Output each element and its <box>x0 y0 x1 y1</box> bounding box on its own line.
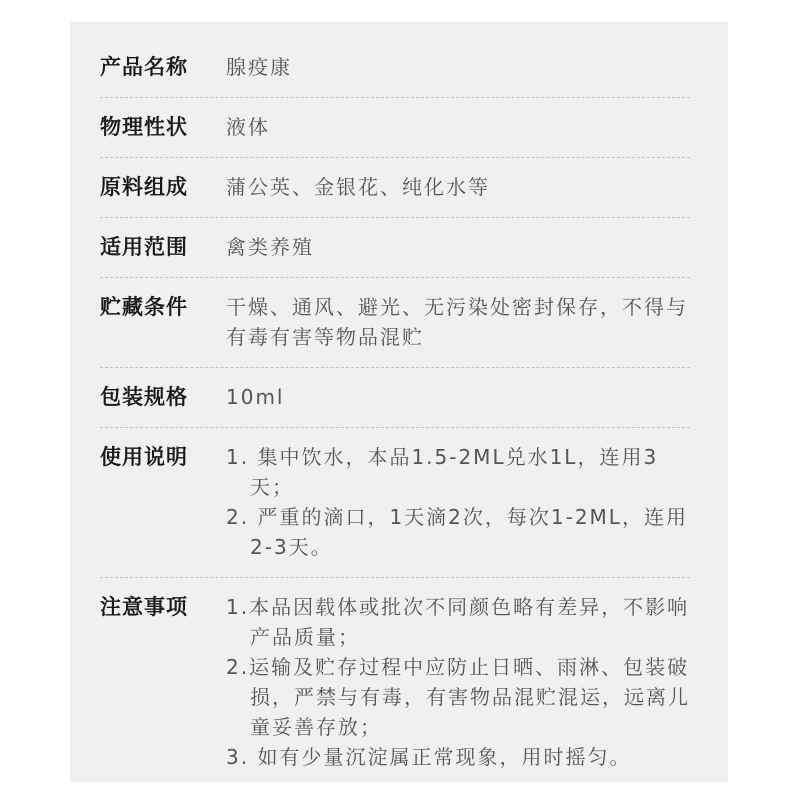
spec-value-physical-state: 液体 <box>226 112 690 142</box>
spec-row-physical-state: 物理性状 液体 <box>100 98 690 158</box>
spec-value-storage-conditions: 干燥、通风、避光、无污染处密封保存，不得与有毒有害等物品混贮 <box>226 292 690 352</box>
spec-row-product-name: 产品名称 腺疫康 <box>100 38 690 98</box>
spec-label-applicable-scope: 适用范围 <box>100 232 226 262</box>
spec-label-ingredients: 原料组成 <box>100 172 226 202</box>
spec-row-storage-conditions: 贮藏条件 干燥、通风、避光、无污染处密封保存，不得与有毒有害等物品混贮 <box>100 278 690 368</box>
product-spec-panel: 产品名称 腺疫康 物理性状 液体 原料组成 蒲公英、金银花、纯化水等 适用范围 … <box>70 22 728 782</box>
spec-row-packaging-spec: 包装规格 10ml <box>100 368 690 428</box>
precaution-item-2: 2.运输及贮存过程中应防止日晒、雨淋、包装破损，严禁与有毒，有害物品混贮混运，远… <box>226 652 690 742</box>
spec-label-usage-instructions: 使用说明 <box>100 442 226 472</box>
spec-value-packaging-spec: 10ml <box>226 382 690 412</box>
precaution-item-3: 3. 如有少量沉淀属正常现象，用时摇匀。 <box>226 742 690 772</box>
spec-row-ingredients: 原料组成 蒲公英、金银花、纯化水等 <box>100 158 690 218</box>
spec-label-physical-state: 物理性状 <box>100 112 226 142</box>
spec-row-usage-instructions: 使用说明 1. 集中饮水，本品1.5-2ML兑水1L，连用3天； 2. 严重的滴… <box>100 428 690 578</box>
spec-value-product-name: 腺疫康 <box>226 52 690 82</box>
usage-instruction-item-2: 2. 严重的滴口，1天滴2次，每次1-2ML，连用2-3天。 <box>226 502 690 562</box>
spec-row-precautions: 注意事项 1.本品因载体或批次不同颜色略有差异，不影响产品质量； 2.运输及贮存… <box>100 578 690 787</box>
precaution-item-1: 1.本品因载体或批次不同颜色略有差异，不影响产品质量； <box>226 592 690 652</box>
spec-value-applicable-scope: 禽类养殖 <box>226 232 690 262</box>
spec-value-usage-instructions: 1. 集中饮水，本品1.5-2ML兑水1L，连用3天； 2. 严重的滴口，1天滴… <box>226 442 690 562</box>
spec-value-precautions: 1.本品因载体或批次不同颜色略有差异，不影响产品质量； 2.运输及贮存过程中应防… <box>226 592 690 772</box>
spec-value-ingredients: 蒲公英、金银花、纯化水等 <box>226 172 690 202</box>
spec-label-precautions: 注意事项 <box>100 592 226 622</box>
spec-label-product-name: 产品名称 <box>100 52 226 82</box>
spec-label-packaging-spec: 包装规格 <box>100 382 226 412</box>
spec-label-storage-conditions: 贮藏条件 <box>100 292 226 322</box>
usage-instruction-item-1: 1. 集中饮水，本品1.5-2ML兑水1L，连用3天； <box>226 442 690 502</box>
spec-row-applicable-scope: 适用范围 禽类养殖 <box>100 218 690 278</box>
